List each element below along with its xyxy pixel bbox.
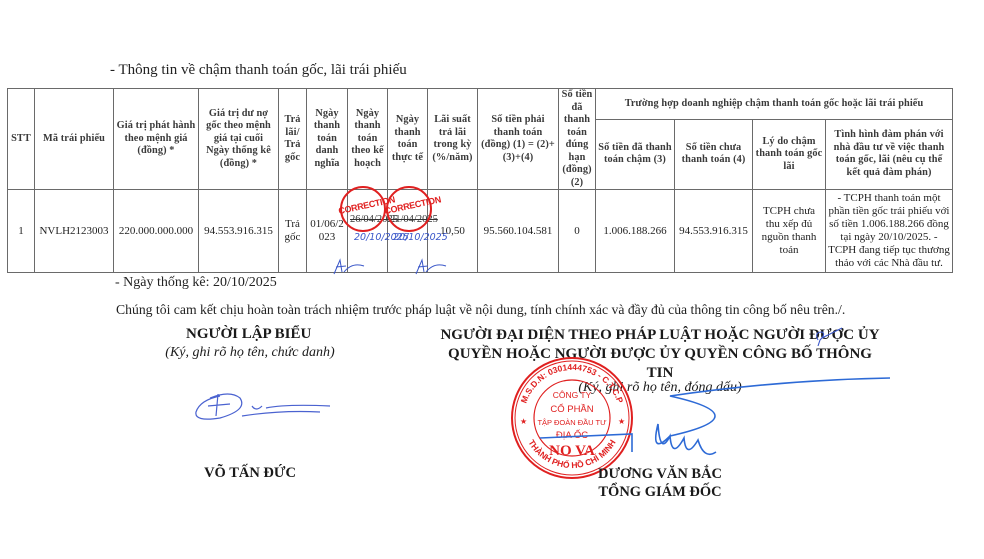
commitment-statement: Chúng tôi cam kết chịu hoàn toàn trách n… [116, 302, 845, 318]
header-stt: STT [8, 89, 35, 190]
header-actual-date: Ngày thanh toán thực tế [388, 89, 428, 190]
preparer-signature-icon [190, 388, 340, 428]
initials-icon [330, 258, 370, 278]
header-delay-reason: Lý do chậm thanh toán gốc lãi [753, 119, 826, 190]
header-nominal-date: Ngày thanh toán danh nghĩa [307, 89, 348, 190]
cell-amount-due: 95.560.104.581 [478, 190, 559, 273]
header-unpaid: Số tiền chưa thanh toán (4) [675, 119, 753, 190]
statistic-date: - Ngày thống kê: 20/10/2025 [115, 275, 277, 291]
representative-position: TỔNG GIÁM ĐỐC [560, 483, 760, 501]
representative-name: DƯƠNG VĂN BẮC [560, 465, 760, 483]
preparer-name: VÕ TẤN ĐỨC [170, 465, 330, 482]
initials-icon [412, 258, 452, 278]
representative-signature-icon [520, 376, 900, 476]
table-row: 1 NVLH2123003 220.000.000.000 94.553.916… [8, 190, 953, 273]
preparer-note: (Ký, ghi rõ họ tên, chức danh) [150, 345, 350, 361]
representative-name-block: DƯƠNG VĂN BẮC TỔNG GIÁM ĐỐC [560, 465, 760, 501]
cell-bond-code: NVLH2123003 [35, 190, 114, 273]
header-payment-type: Trả lãi/ Trả gốc [279, 89, 307, 190]
header-bond-code: Mã trái phiếu [35, 89, 114, 190]
section-title: - Thông tin về chậm thanh toán gốc, lãi … [110, 62, 407, 79]
bond-delay-table: STT Mã trái phiếu Giá trị phát hành theo… [7, 88, 953, 273]
actual-date-corrected: 20/10/2025 [393, 232, 448, 243]
correction-stamp-icon: CORRECTION [340, 186, 386, 232]
cell-paid-late: 1.006.188.266 [596, 190, 675, 273]
cell-negotiation: - TCPH thanh toán một phần tiền gốc trái… [826, 190, 953, 273]
cell-stt: 1 [8, 190, 35, 273]
header-paid-late: Số tiền đã thanh toán chậm (3) [596, 119, 675, 190]
header-interest-rate: Lãi suất trả lãi trong kỳ (%/năm) [428, 89, 478, 190]
header-paid-on-time: Số tiền đã thanh toán đúng hạn (đồng) (2… [559, 89, 596, 190]
correction-stamp-icon: CORRECTION [386, 186, 432, 232]
cell-paid-on-time: 0 [559, 190, 596, 273]
header-negotiation: Tình hình đàm phán với nhà đầu tư về việ… [826, 119, 953, 190]
header-outstanding: Giá trị dư nợ gốc theo mệnh giá tại cuối… [199, 89, 279, 190]
preparer-title: NGƯỜI LẬP BIỂU [186, 326, 306, 343]
header-issue-value: Giá trị phát hành theo mệnh giá (đồng) * [114, 89, 199, 190]
cell-payment-type: Trả gốc [279, 190, 307, 273]
initials-icon [812, 326, 846, 348]
cell-outstanding: 94.553.916.315 [199, 190, 279, 273]
header-planned-date: Ngày thanh toán theo kế hoạch [348, 89, 388, 190]
cell-delay-reason: TCPH chưa thu xếp đủ nguồn thanh toán [753, 190, 826, 273]
cell-issue-value: 220.000.000.000 [114, 190, 199, 273]
cell-unpaid: 94.553.916.315 [675, 190, 753, 273]
header-amount-due: Số tiền phải thanh toán (đồng) (1) = (2)… [478, 89, 559, 190]
header-delay-group: Trường hợp doanh nghiệp chậm thanh toán … [596, 89, 953, 120]
